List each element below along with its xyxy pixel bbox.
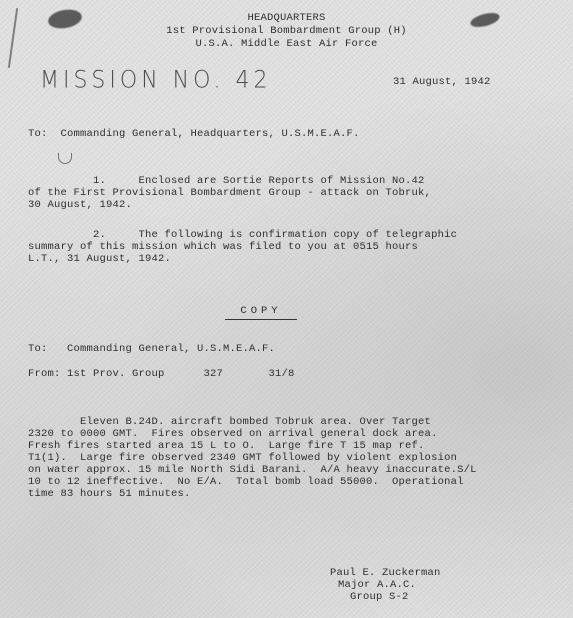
pencil-check-mark (58, 153, 72, 164)
header-line-3: U.S.A. Middle East Air Force (0, 38, 573, 50)
copy-body-line: on water approx. 15 mile North Sidi Bara… (28, 464, 477, 476)
copy-body-line: Fresh fires started area 15 L to O. Larg… (28, 440, 425, 452)
copy-body-line: time 83 hours 51 minutes. (28, 488, 191, 500)
copy-body-line: Eleven B.24D. aircraft bombed Tobruk are… (28, 416, 431, 428)
para1-line3: 30 August, 1942. (28, 199, 132, 211)
copy-heading: COPY (225, 305, 297, 320)
header-line-1: HEADQUARTERS (0, 12, 573, 24)
para2-line1: 2. The following is confirmation copy of… (28, 229, 457, 241)
signature-title: Group S-2 (350, 591, 409, 603)
handwritten-mission-number: MISSION NO. 42 (40, 67, 272, 95)
copy-body-line: 2320 to 0000 GMT. Fires observed on arri… (28, 428, 438, 440)
para1-line2: of the First Provisional Bombardment Gro… (28, 187, 431, 199)
signature-name: Paul E. Zuckerman (330, 567, 441, 579)
header-line-2: 1st Provisional Bombardment Group (H) (0, 25, 573, 37)
copy-from-line: From: 1st Prov. Group 327 31/8 (28, 368, 295, 380)
copy-body-line: 10 to 12 ineffective. No E/A. Total bomb… (28, 476, 464, 488)
document-date: 31 August, 1942 (393, 76, 491, 88)
para1-line1: 1. Enclosed are Sortie Reports of Missio… (28, 175, 425, 187)
scanned-document: HEADQUARTERS 1st Provisional Bombardment… (0, 0, 573, 618)
para2-line2: summary of this mission which was filed … (28, 241, 418, 253)
memo-to-line: To: Commanding General, Headquarters, U.… (28, 128, 360, 140)
para2-line3: L.T., 31 August, 1942. (28, 253, 171, 265)
signature-rank: Major A.A.C. (338, 579, 416, 591)
copy-body-line: T1(1). Large fire observed 2340 GMT foll… (28, 452, 457, 464)
copy-to-line: To: Commanding General, U.S.M.E.A.F. (28, 343, 275, 355)
